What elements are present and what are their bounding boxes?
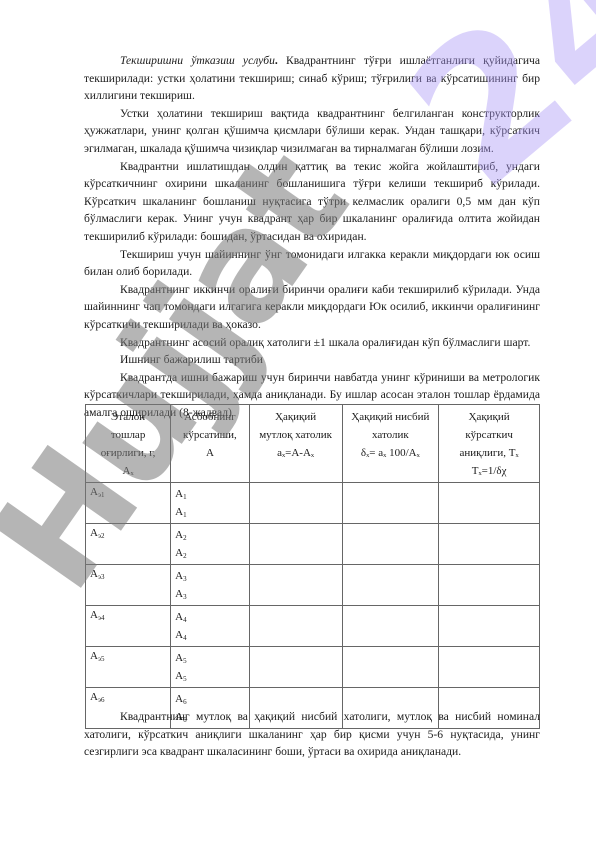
header-absolute-error: Ҳақиқий мутлоқ хатолик aₓ=A-Aₓ <box>249 405 342 483</box>
cell-accuracy <box>439 565 540 606</box>
cell-rel-error <box>342 565 439 606</box>
closing-text: Квадрантнинг мутлоқ ва ҳақиқий нисбий ха… <box>84 708 540 761</box>
cell-accuracy <box>439 606 540 647</box>
cell-rel-error <box>342 647 439 688</box>
cell-abs-error <box>249 565 342 606</box>
table-row: Aэ3 A3 A3 <box>86 565 540 606</box>
cell-etalon: Aэ3 <box>86 565 171 606</box>
cell-readings: A1 A1 <box>171 483 250 524</box>
paragraph-error-condition: Квадрантнинг асосий оралиқ хатолиги ±1 ш… <box>84 334 540 352</box>
cell-abs-error <box>249 606 342 647</box>
cell-accuracy <box>439 647 540 688</box>
paragraph-placement: Квадрантни ишлатишдан олдин қаттиқ ва те… <box>84 158 540 246</box>
measurement-table: Эталон тошлар оғирлиги, г, Аₓ Асбобнинг … <box>85 404 540 729</box>
paragraph-external-check: Устки ҳолатини текшириш вақтида квадрант… <box>84 105 540 158</box>
body-text: Текширишни ўтказиш услуби. Квадрантнинг … <box>84 52 540 421</box>
cell-accuracy <box>439 524 540 565</box>
paragraph-method: Текширишни ўтказиш услуби. Квадрантнинг … <box>84 52 540 105</box>
paragraph-second-interval: Квадрантнинг иккинчи оралиғи биринчи ора… <box>84 281 540 334</box>
cell-abs-error <box>249 524 342 565</box>
paragraph-closing: Квадрантнинг мутлоқ ва ҳақиқий нисбий ха… <box>84 708 540 761</box>
table-row: Aэ1 A1 A1 <box>86 483 540 524</box>
cell-etalon: Aэ4 <box>86 606 171 647</box>
cell-etalon: Aэ1 <box>86 483 171 524</box>
cell-readings: A2 A2 <box>171 524 250 565</box>
procedure-heading: Ишнинг бажарилиш тартиби <box>84 351 540 369</box>
cell-readings: A4 A4 <box>171 606 250 647</box>
table-row: Aэ5 A5 A5 <box>86 647 540 688</box>
table-header-row: Эталон тошлар оғирлиги, г, Аₓ Асбобнинг … <box>86 405 540 483</box>
cell-etalon: Aэ5 <box>86 647 171 688</box>
paragraph-right-hook: Текшириш учун шайиннинг ўнг томонидаги и… <box>84 246 540 281</box>
header-instrument-reading: Асбобнинг кўрсатиши, А <box>171 405 250 483</box>
cell-abs-error <box>249 483 342 524</box>
header-relative-error: Ҳақиқий нисбий хатолик δₓ= aₓ 100/Aₓ <box>342 405 439 483</box>
cell-abs-error <box>249 647 342 688</box>
cell-rel-error <box>342 524 439 565</box>
cell-accuracy <box>439 483 540 524</box>
table-row: Aэ2 A2 A2 <box>86 524 540 565</box>
document-page: Текширишни ўтказиш услуби. Квадрантнинг … <box>0 0 596 842</box>
header-accuracy: Ҳақиқий кўрсаткич аниқлиги, Tₓ Tₓ=1/δχ <box>439 405 540 483</box>
section-heading-italic: Текширишни ўтказиш услуби <box>120 54 275 67</box>
cell-etalon: Aэ2 <box>86 524 171 565</box>
cell-readings: A3 A3 <box>171 565 250 606</box>
cell-rel-error <box>342 483 439 524</box>
header-etalon-weight: Эталон тошлар оғирлиги, г, Аₓ <box>86 405 171 483</box>
cell-rel-error <box>342 606 439 647</box>
cell-readings: A5 A5 <box>171 647 250 688</box>
table-row: Aэ4 A4 A4 <box>86 606 540 647</box>
